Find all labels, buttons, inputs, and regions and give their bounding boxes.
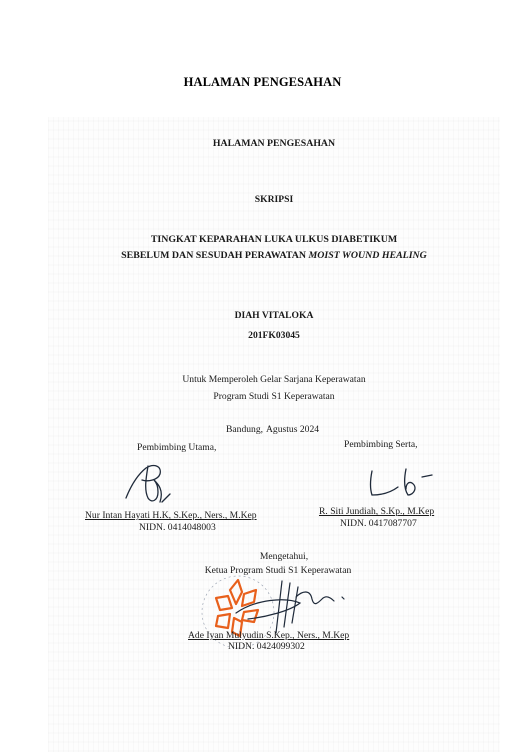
- thesis-title-line1: TINGKAT KEPARAHAN LUKA ULKUS DIABETIKUM: [48, 234, 500, 245]
- thesis-title-line2: SEBELUM DAN SESUDAH PERAWATAN MOIST WOUN…: [48, 250, 500, 261]
- purpose-line1: Untuk Memperoleh Gelar Sarjana Keperawat…: [48, 374, 500, 385]
- signature-co-supervisor: [366, 465, 446, 505]
- thesis-title-line2-italic: MOIST WOUND HEALING: [308, 250, 426, 261]
- supervisor-main-name: Nur Intan Hayati H.K, S.Kep., Ners., M.K…: [85, 510, 257, 521]
- supervisor-main-nidn: NIDN. 0414048003: [139, 522, 216, 533]
- head-of-program-name: Ade Iyan Mulyudin S.Kep., Ners., M.Kep: [188, 630, 349, 641]
- author-name: DIAH VITALOKA: [48, 310, 500, 321]
- scanned-approval-page: HALAMAN PENGESAHAN SKRIPSI TINGKAT KEPAR…: [48, 117, 500, 752]
- document-type: SKRIPSI: [48, 194, 500, 205]
- scan-heading: HALAMAN PENGESAHAN: [48, 138, 500, 149]
- thesis-title-line2-prefix: SEBELUM DAN SESUDAH PERAWATAN: [121, 250, 308, 261]
- supervisor-co-name: R. Siti Jundiah, S.Kp., M.Kep: [319, 506, 434, 517]
- student-id: 201FK03045: [48, 330, 500, 341]
- signature-main-supervisor: [118, 460, 188, 510]
- acknowledged-label: Mengetahui,: [58, 551, 510, 562]
- supervisor-co-role: Pembimbing Serta,: [344, 439, 418, 450]
- page-heading: HALAMAN PENGESAHAN: [0, 75, 525, 90]
- purpose-line2: Program Studi S1 Keperawatan: [48, 391, 500, 402]
- head-of-program-role: Ketua Program Studi S1 Keperawatan: [52, 565, 504, 576]
- supervisor-co-nidn: NIDN. 0417087707: [340, 518, 417, 529]
- head-of-program-nidn: NIDN. 0424099302: [228, 641, 305, 652]
- place: Bandung,: [226, 424, 263, 435]
- supervisor-main-role: Pembimbing Utama,: [137, 442, 216, 453]
- date: Agustus 2024: [266, 424, 319, 435]
